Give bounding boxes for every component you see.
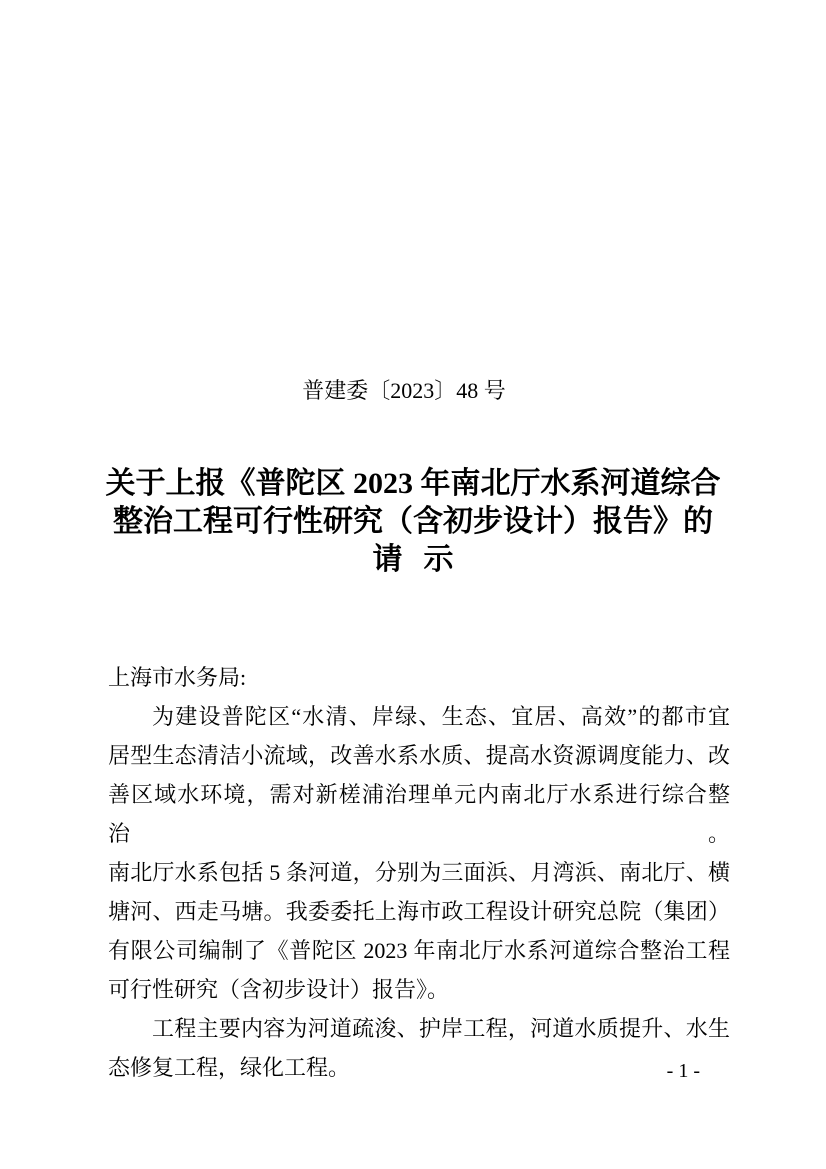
body-line: 有限公司编制了《普陀区 2023 年南北厅水系河道综合整治工程 [108,931,730,970]
salutation: 上海市水务局: [108,658,730,697]
body-line: 态修复工程，绿化工程。 [108,1048,730,1087]
body-line: 南北厅水系包括 5 条河道，分别为三面浜、月湾浜、南北厅、横 [108,853,730,892]
body-line: 为建设普陀区“水清、岸绿、生态、宜居、高效”的都市宜 [108,697,730,736]
document-title: 关于上报《普陀区 2023 年南北厅水系河道综合 整治工程可行性研究（含初步设计… [102,465,724,579]
title-line-2: 整治工程可行性研究（含初步设计）报告》的 [102,503,724,541]
body-line: 善区域水环境，需对新槎浦治理单元内南北厅水系进行综合整治。 [108,775,730,853]
document-body: 上海市水务局: 为建设普陀区“水清、岸绿、生态、宜居、高效”的都市宜 居型生态清… [108,658,730,1087]
document-number: 普建委〔2023〕48 号 [0,379,808,403]
title-line-1: 关于上报《普陀区 2023 年南北厅水系河道综合 [102,465,724,503]
title-line-3-text: 请示 [373,543,475,576]
body-line: 塘河、西走马塘。我委委托上海市政工程设计研究总院（集团） [108,892,730,931]
body-line: 可行性研究（含初步设计）报告》。 [108,970,730,1009]
body-line: 工程主要内容为河道疏浚、护岸工程，河道水质提升、水生 [108,1009,730,1048]
body-line: 居型生态清洁小流域，改善水系水质、提高水资源调度能力、改 [108,736,730,775]
title-line-3: 请示 [102,541,724,579]
page-number: - 1 - [667,1060,700,1082]
document-page: 普建委〔2023〕48 号 关于上报《普陀区 2023 年南北厅水系河道综合 整… [0,0,826,1169]
